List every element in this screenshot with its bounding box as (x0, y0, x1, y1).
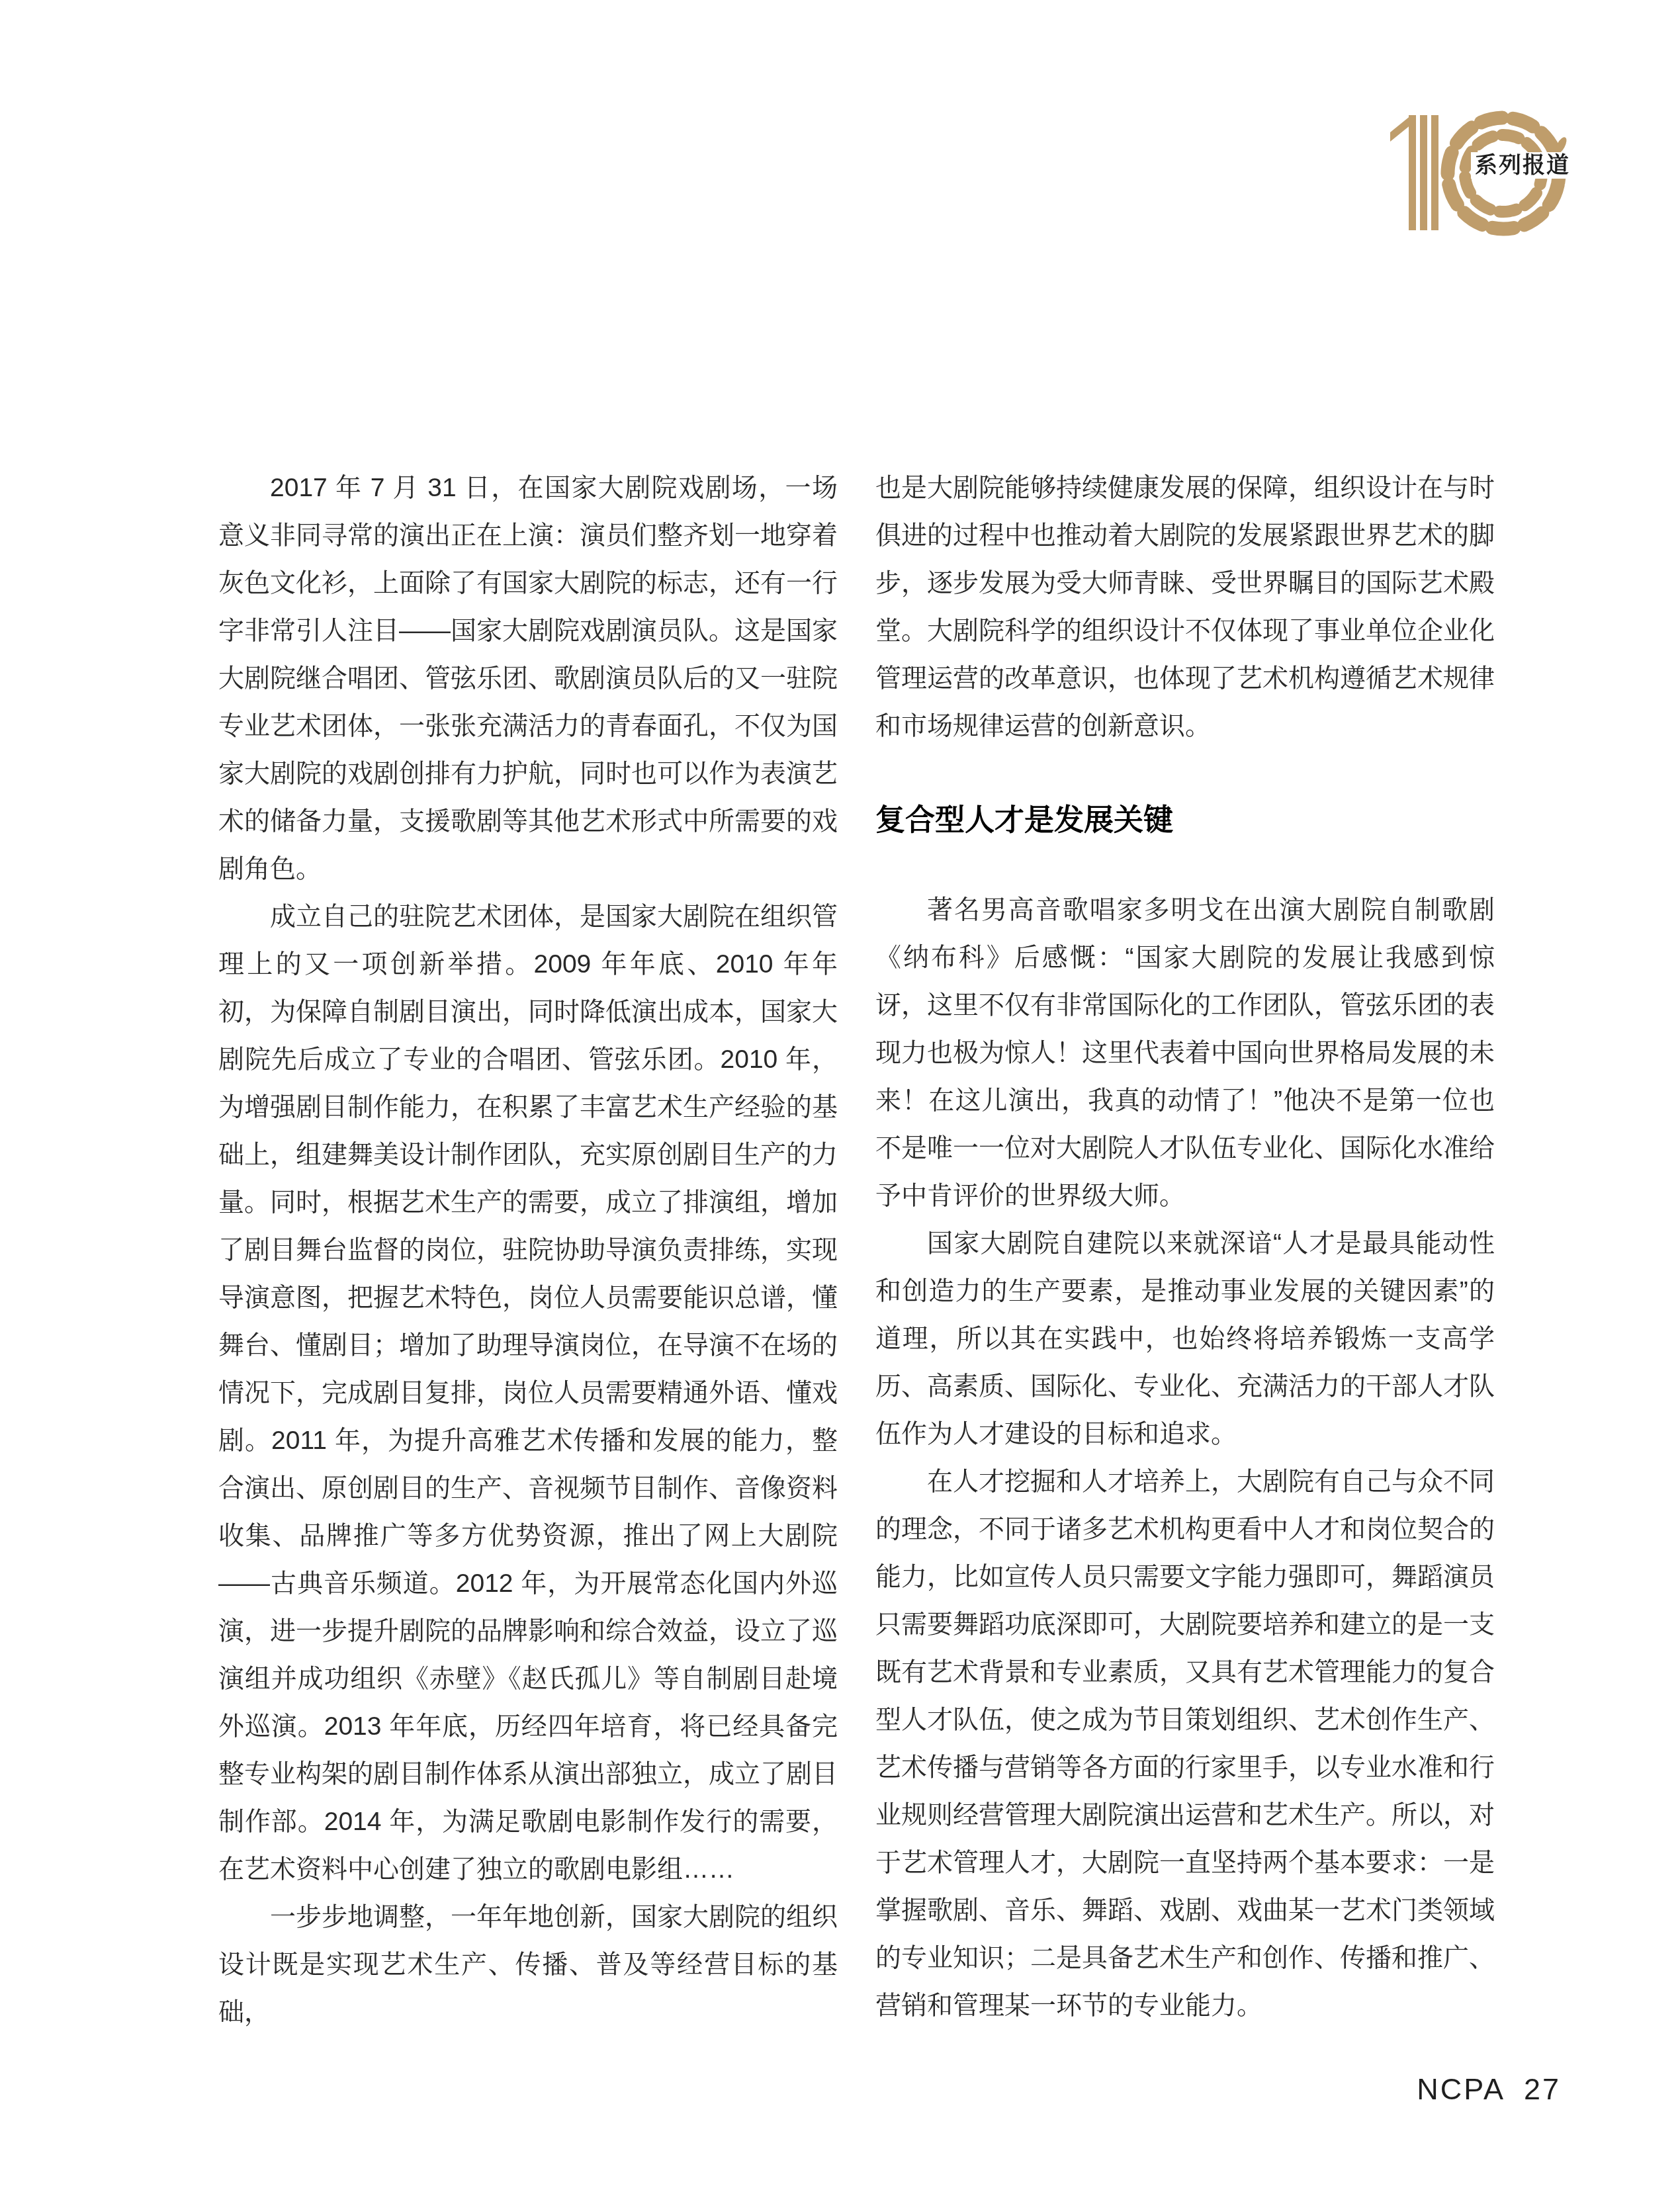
body-paragraph: 著名男高音歌唱家多明戈在出演大剧院自制歌剧《纳布科》后感慨：“国家大剧院的发展让… (875, 887, 1495, 1220)
footer-page-number: 27 (1524, 2072, 1561, 2106)
body-paragraph: 2017 年 7 月 31 日，在国家大剧院戏剧场，一场意义非同寻常的演出正在上… (218, 464, 838, 893)
section-heading: 复合型人才是发展关键 (875, 797, 1495, 844)
body-paragraph: 一步步地调整，一年年地创新，国家大剧院的组织设计既是实现艺术生产、传播、普及等经… (218, 1894, 838, 2036)
article-left-column: 2017 年 7 月 31 日，在国家大剧院戏剧场，一场意义非同寻常的演出正在上… (218, 464, 838, 2036)
logo-series-label: 系列报道 (1471, 152, 1574, 179)
logo-number-one-icon (1390, 115, 1438, 230)
magazine-page: { "logo": { "number_label": "10", "serie… (0, 0, 1680, 2188)
footer-brand: NCPA (1417, 2072, 1505, 2106)
body-paragraph: 在人才挖掘和人才培养上，大剧院有自己与众不同的理念，不同于诸多艺术机构更看中人才… (875, 1458, 1495, 2030)
article-right-column: 也是大剧院能够持续健康发展的保障，组织设计在与时俱进的过程中也推动着大剧院的发展… (875, 464, 1495, 2030)
body-paragraph: 成立自己的驻院艺术团体，是国家大剧院在组织管理上的又一项创新举措。2009 年年… (218, 893, 838, 1894)
page-footer: NCPA27 (1417, 2072, 1561, 2107)
decade-anniversary-logo: 系列报道 (1386, 99, 1588, 248)
body-paragraph: 国家大剧院自建院以来就深谙“人才是最具能动性和创造力的生产要素，是推动事业发展的… (875, 1220, 1495, 1458)
body-paragraph-continuation: 也是大剧院能够持续健康发展的保障，组织设计在与时俱进的过程中也推动着大剧院的发展… (875, 464, 1495, 750)
